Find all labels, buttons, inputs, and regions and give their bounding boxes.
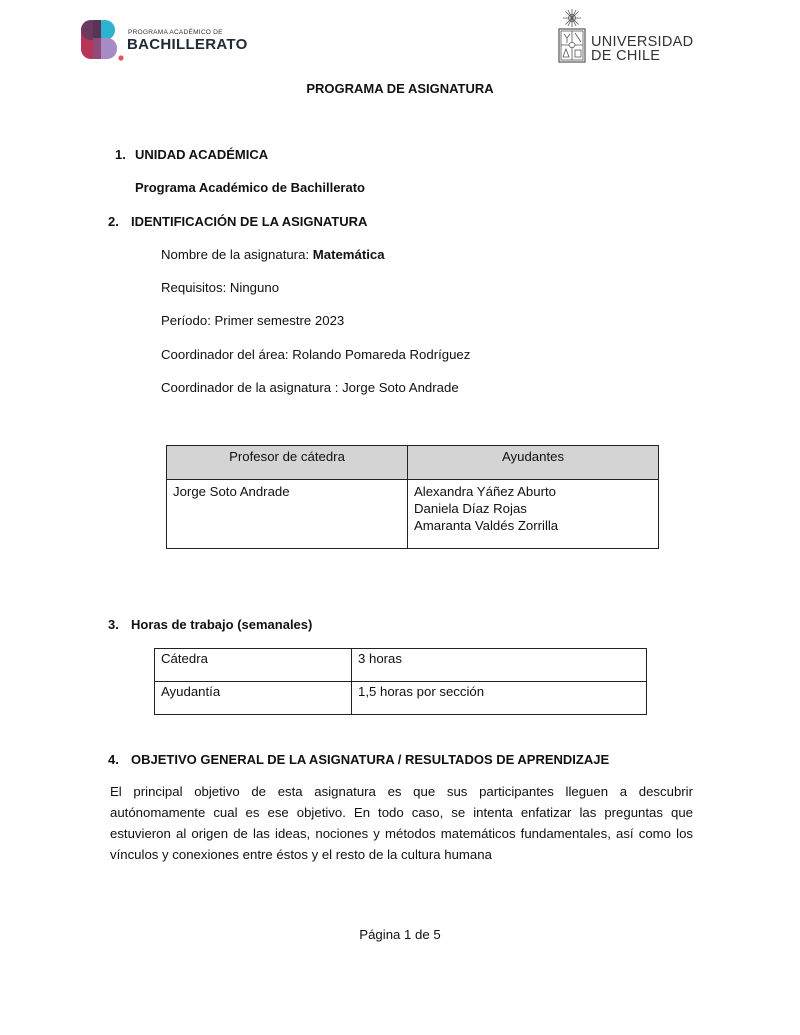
section-title: OBJETIVO GENERAL DE LA ASIGNATURA / RESU… (131, 752, 609, 767)
asignatura-name-field: Nombre de la asignatura: Matemática (161, 247, 385, 262)
table-header-row: Profesor de cátedra Ayudantes (167, 446, 659, 480)
hours-value-cell: 1,5 horas por sección (352, 682, 647, 715)
coordinador-area-field: Coordinador del área: Rolando Pomareda R… (161, 347, 470, 362)
hours-value-cell: 3 horas (352, 649, 647, 682)
ayudante-name: Daniela Díaz Rojas (414, 500, 652, 517)
ayudante-name: Amaranta Valdés Zorrilla (414, 517, 652, 534)
page-title: PROGRAMA DE ASIGNATURA (0, 81, 800, 96)
logo-title: BACHILLERATO (127, 36, 248, 53)
section-number: 2. (108, 214, 131, 229)
staff-table: Profesor de cátedra Ayudantes Jorge Soto… (166, 445, 659, 549)
column-header-ayudantes: Ayudantes (408, 446, 659, 480)
university-name-line2: DE CHILE (591, 49, 693, 63)
section-1-heading: 1.UNIDAD ACADÉMICA (115, 147, 268, 162)
university-name: UNIVERSIDAD DE CHILE (591, 35, 693, 63)
section-2-heading: 2.IDENTIFICACIÓN DE LA ASIGNATURA (108, 214, 367, 229)
section-title: IDENTIFICACIÓN DE LA ASIGNATURA (131, 214, 367, 229)
field-value: Matemática (313, 247, 385, 262)
section-number: 3. (108, 617, 131, 632)
unidad-academica-value: Programa Académico de Bachillerato (135, 180, 365, 195)
section-title: Horas de trabajo (semanales) (131, 617, 312, 632)
periodo-field: Período: Primer semestre 2023 (161, 313, 344, 328)
requisitos-field: Requisitos: Ninguno (161, 280, 279, 295)
table-row: Ayudantía 1,5 horas por sección (155, 682, 647, 715)
page-number: Página 1 de 5 (0, 927, 800, 942)
logo-subtitle: PROGRAMA ACADÉMICO DE (128, 29, 223, 36)
profesor-cell: Jorge Soto Andrade (167, 480, 408, 549)
hours-label-cell: Cátedra (155, 649, 352, 682)
coordinador-asignatura-field: Coordinador de la asignatura : Jorge Sot… (161, 380, 459, 395)
table-row: Cátedra 3 horas (155, 649, 647, 682)
section-number: 1. (115, 147, 135, 162)
section-4-heading: 4.OBJETIVO GENERAL DE LA ASIGNATURA / RE… (108, 752, 609, 767)
bachillerato-logo-icon (80, 19, 124, 61)
section-3-heading: 3.Horas de trabajo (semanales) (108, 617, 312, 632)
column-header-profesor: Profesor de cátedra (167, 446, 408, 480)
universidad-de-chile-crest-icon (557, 8, 587, 64)
universidad-de-chile-logo: UNIVERSIDAD DE CHILE (557, 8, 697, 64)
field-label: Nombre de la asignatura: (161, 247, 313, 262)
section-number: 4. (108, 752, 131, 767)
university-name-line1: UNIVERSIDAD (591, 35, 693, 49)
hours-label-cell: Ayudantía (155, 682, 352, 715)
bachillerato-logo: PROGRAMA ACADÉMICO DE BACHILLERATO (80, 19, 250, 61)
table-row: Jorge Soto Andrade Alexandra Yáñez Aburt… (167, 480, 659, 549)
hours-table: Cátedra 3 horas Ayudantía 1,5 horas por … (154, 648, 647, 715)
ayudante-name: Alexandra Yáñez Aburto (414, 483, 652, 500)
objective-paragraph: El principal objetivo de esta asignatura… (110, 781, 693, 865)
ayudantes-cell: Alexandra Yáñez Aburto Daniela Díaz Roja… (408, 480, 659, 549)
section-title: UNIDAD ACADÉMICA (135, 147, 268, 162)
